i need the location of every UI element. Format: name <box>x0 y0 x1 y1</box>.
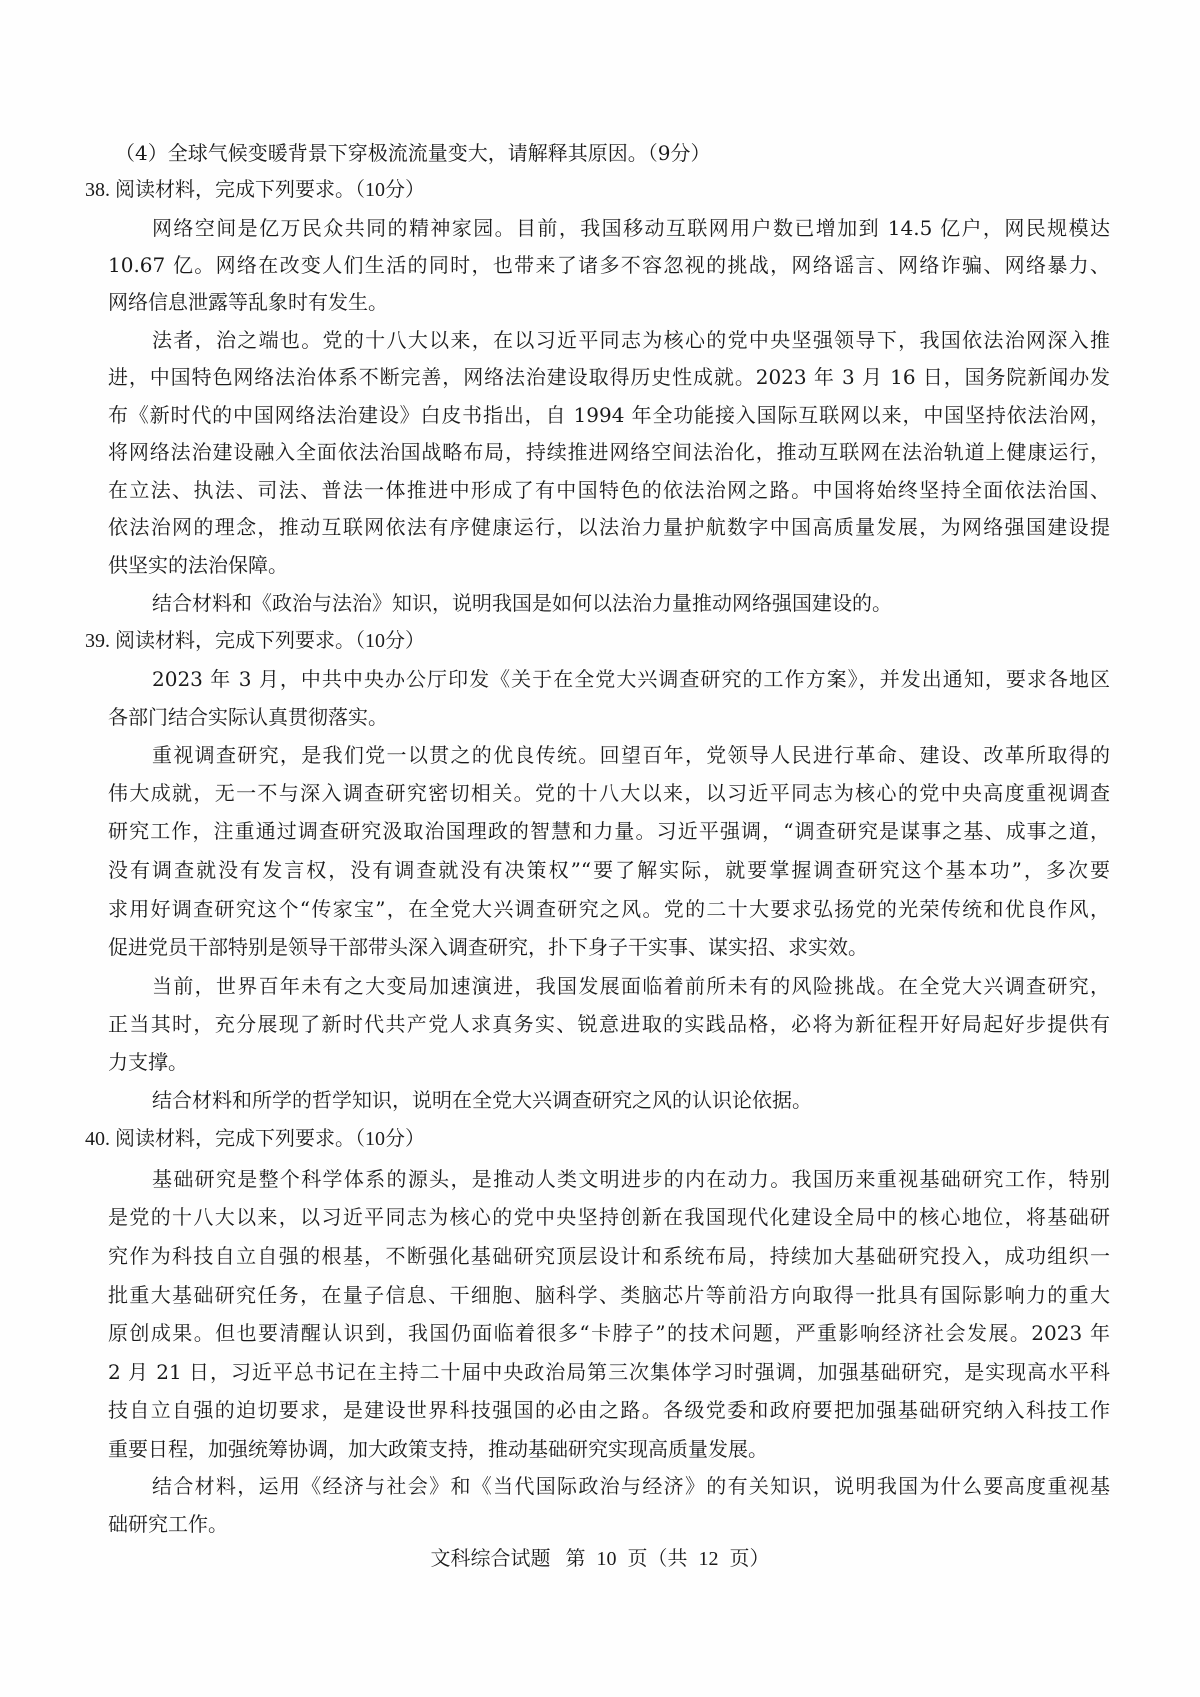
q39-material-line: 没有调查就没有发言权，没有调查就没有决策权”“要了解实际，就要掌握调查研究这个基… <box>108 855 1110 885</box>
q38-material-line: 供坚实的法治保障。 <box>108 550 1110 580</box>
q39-material-line: 重视调查研究，是我们党一以贯之的优良传统。回望百年，党领导人民进行革命、建设、改… <box>152 740 1110 770</box>
q39-material-line: 研究工作，注重通过调查研究汲取治国理政的智慧和力量。习近平强调，“调查研究是谋事… <box>108 816 1110 846</box>
q40-material-line: 是党的十八大以来，以习近平同志为核心的党中央坚持创新在我国现代化建设全局中的核心… <box>108 1202 1110 1232</box>
q38-material-line: 网络空间是亿万民众共同的精神家园。目前，我国移动互联网用户数已增加到 14.5 … <box>152 213 1110 243</box>
q38-material-line: 10.67 亿。网络在改变人们生活的同时，也带来了诸多不容忽视的挑战，网络谣言、… <box>108 250 1110 280</box>
question-40-prompt-cont: 础研究工作。 <box>108 1510 1110 1540</box>
page-footer: 文科综合试题 第 10 页（共 12 页） <box>0 1544 1200 1574</box>
question-40-heading: 40. 阅读材料，完成下列要求。（10分） <box>85 1124 685 1154</box>
q38-material-line: 依法治网的理念，推动互联网依法有序健康运行，以法治力量护航数字中国高质量发展，为… <box>108 512 1110 542</box>
q39-material-line: 2023 年 3 月，中共中央办公厅印发《关于在全党大兴调查研究的工作方案》，并… <box>152 664 1110 694</box>
q40-material-line: 究作为科技自立自强的根基，不断强化基础研究顶层设计和系统布局，持续加大基础研究投… <box>108 1241 1110 1271</box>
q40-material-line: 基础研究是整个科学体系的源头，是推动人类文明进步的内在动力。我国历来重视基础研究… <box>152 1164 1110 1194</box>
exam-page: （4）全球气候变暖背景下穿极流流量变大，请解释其原因。（9分） 38. 阅读材料… <box>0 0 1200 1697</box>
q38-material-line: 进，中国特色网络法治体系不断完善，网络法治建设取得历史性成就。2023 年 3 … <box>108 362 1110 392</box>
q38-material-line: 网络信息泄露等乱象时有发生。 <box>108 287 1110 317</box>
q38-material-line: 将网络法治建设融入全面依法治国战略布局，持续推进网络空间法治化，推动互联网在法治… <box>108 437 1110 467</box>
q40-material-line: 批重大基础研究任务，在量子信息、干细胞、脑科学、类脑芯片等前沿方向取得一批具有国… <box>108 1280 1110 1310</box>
q38-material-line: 法者，治之端也。党的十八大以来，在以习近平同志为核心的党中央坚强领导下，我国依法… <box>152 325 1110 355</box>
q39-material-line: 促进党员干部特别是领导干部带头深入调查研究，扑下身子干实事、谋实招、求实效。 <box>108 932 1110 962</box>
question-40-prompt: 结合材料，运用《经济与社会》和《当代国际政治与经济》的有关知识，说明我国为什么要… <box>152 1472 1110 1502</box>
q39-material-line: 力支撑。 <box>108 1047 1110 1077</box>
page-number: 第 10 页（共 12 页） <box>566 1548 770 1570</box>
q39-material-line: 求用好调查研究这个“传家宝”，在全党大兴调查研究之风。党的二十大要求弘扬党的光荣… <box>108 894 1110 924</box>
q38-material-line: 布《新时代的中国网络法治建设》白皮书指出，自 1994 年全功能接入国际互联网以… <box>108 400 1110 430</box>
exam-name: 文科综合试题 <box>431 1548 551 1570</box>
q39-material-line: 正当其时，充分展现了新时代共产党人求真务实、锐意进取的实践品格，必将为新征程开好… <box>108 1009 1110 1039</box>
question-39-prompt: 结合材料和所学的哲学知识，说明在全党大兴调查研究之风的认识论依据。 <box>152 1086 1110 1116</box>
question-39-heading: 39. 阅读材料，完成下列要求。（10分） <box>85 626 685 656</box>
q39-material-line: 伟大成就，无一不与深入调查研究密切相关。党的十八大以来，以习近平同志为核心的党中… <box>108 778 1110 808</box>
question-38-prompt: 结合材料和《政治与法治》知识，说明我国是如何以法治力量推动网络强国建设的。 <box>152 589 1110 619</box>
q39-material-line: 各部门结合实际认真贯彻落实。 <box>108 702 1110 732</box>
q40-material-line: 技自立自强的迫切要求，是建设世界科技强国的必由之路。各级党委和政府要把加强基础研… <box>108 1395 1110 1425</box>
q39-material-line: 当前，世界百年未有之大变局加速演进，我国发展面临着前所未有的风险挑战。在全党大兴… <box>152 971 1110 1001</box>
q40-material-line: 2 月 21 日，习近平总书记在主持二十届中央政治局第三次集体学习时强调，加强基… <box>108 1357 1110 1387</box>
q40-material-line: 原创成果。但也要清醒认识到，我国仍面临着很多“卡脖子”的技术问题，严重影响经济社… <box>108 1318 1110 1348</box>
question-38-heading: 38. 阅读材料，完成下列要求。（10分） <box>85 175 685 205</box>
q38-material-line: 在立法、执法、司法、普法一体推进中形成了有中国特色的依法治网之路。中国将始终坚持… <box>108 475 1110 505</box>
sub-question-4: （4）全球气候变暖背景下穿极流流量变大，请解释其原因。（9分） <box>115 138 1015 168</box>
q40-material-line: 重要日程，加强统筹协调，加大政策支持，推动基础研究实现高质量发展。 <box>108 1434 1110 1464</box>
